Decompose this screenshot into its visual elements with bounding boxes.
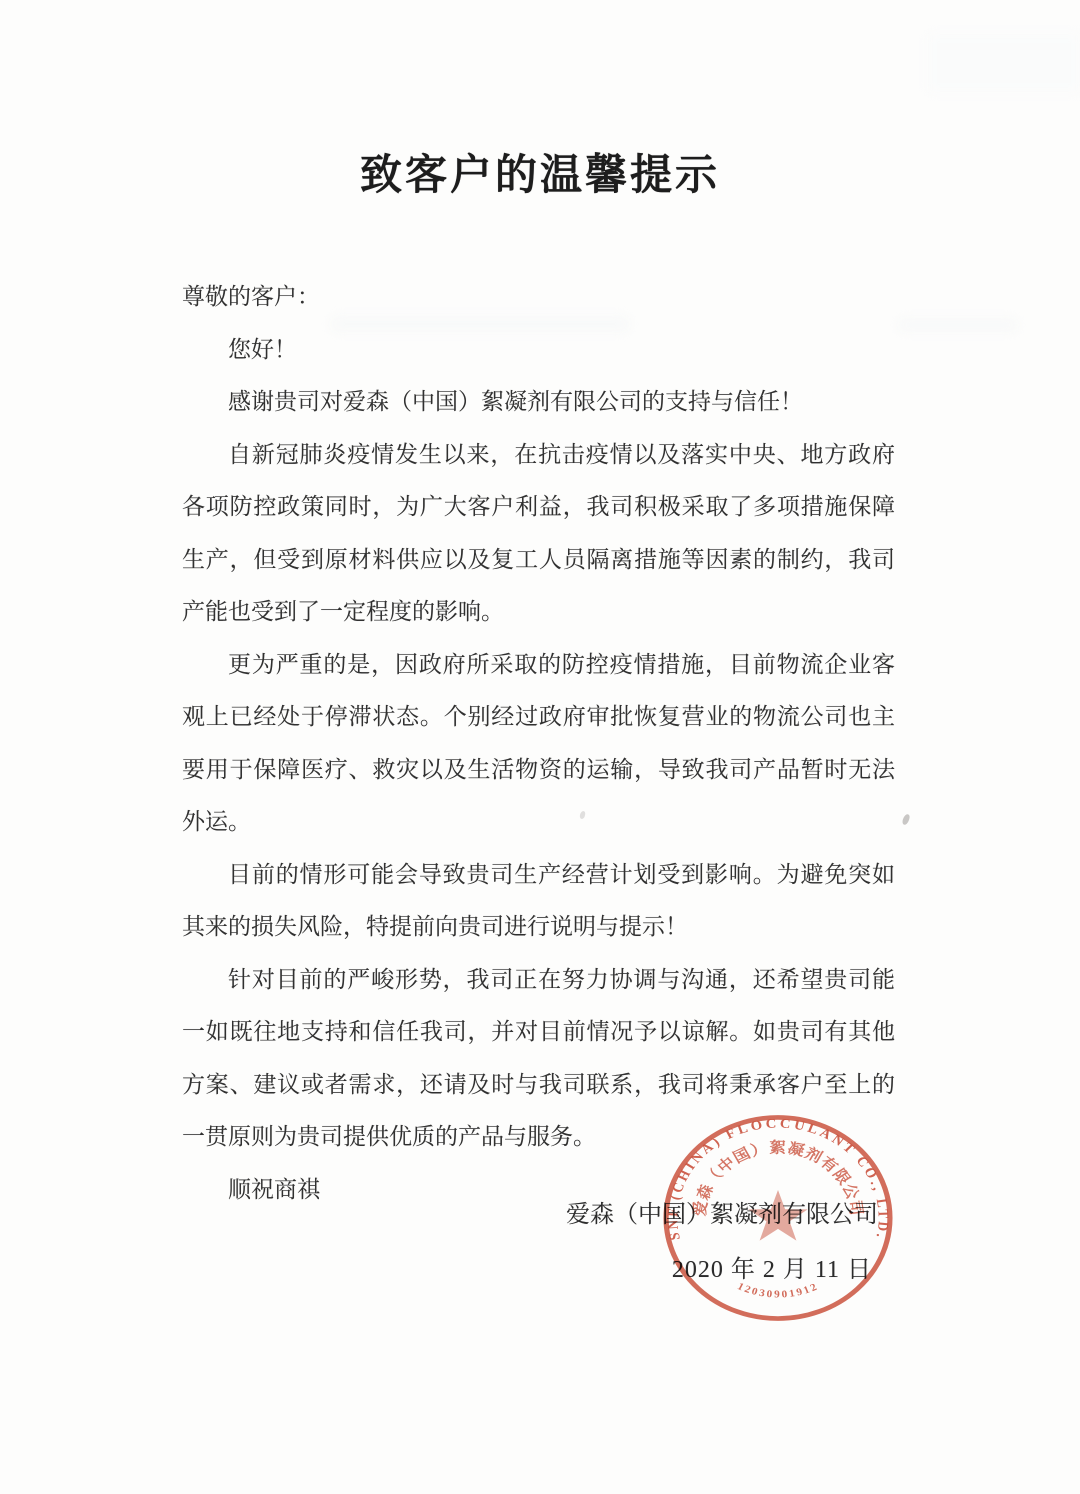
scan-speck	[901, 813, 910, 825]
seal-star-icon	[748, 1190, 807, 1241]
letter-line: 生产，但受到原材料供应以及复工人员隔离措施等因素的制约，我司	[182, 534, 895, 587]
letter-line: 针对目前的严峻形势，我司正在努力协调与沟通，还希望贵司能	[182, 954, 895, 1007]
svg-text:12030901912: 12030901912	[735, 1281, 821, 1301]
letter-page: 致客户的温馨提示 尊敬的客户： 您好！ 感谢贵司对爱森（中国）絮凝剂有限公司的支…	[0, 0, 1080, 1494]
company-seal: SNF (CHINA) FLOCCULANT CO., LTD. 爱森（中国）絮…	[660, 1112, 896, 1324]
letter-line: 其来的损失风险，特提前向贵司进行说明与提示！	[182, 901, 895, 954]
letter-line: 观上已经处于停滞状态。个别经过政府审批恢复营业的物流公司也主	[182, 691, 895, 744]
page-title: 致客户的温馨提示	[0, 142, 1080, 202]
letter-line: 感谢贵司对爱森（中国）絮凝剂有限公司的支持与信任！	[182, 376, 895, 429]
letter-line: 产能也受到了一定程度的影响。	[182, 586, 895, 639]
letter-line: 自新冠肺炎疫情发生以来，在抗击疫情以及落实中央、地方政府	[182, 429, 895, 482]
letter-line: 外运。	[182, 796, 895, 849]
letter-line: 各项防控政策同时，为广大客户利益，我司积极采取了多项措施保障	[182, 481, 895, 534]
scan-artifact	[898, 318, 1018, 332]
letter-line: 目前的情形可能会导致贵司生产经营计划受到影响。为避免突如	[182, 849, 895, 902]
letter-line: 一如既往地支持和信任我司，并对目前情况予以谅解。如贵司有其他	[182, 1006, 895, 1059]
letter-line: 要用于保障医疗、救灾以及生活物资的运输，导致我司产品暂时无法	[182, 744, 895, 797]
greeting-line: 您好！	[182, 324, 895, 377]
seal-serial-number: 12030901912	[735, 1281, 821, 1301]
letter-body: 尊敬的客户： 您好！ 感谢贵司对爱森（中国）絮凝剂有限公司的支持与信任！ 自新冠…	[182, 271, 895, 1216]
letter-line: 更为严重的是，因政府所采取的防控疫情措施，目前物流企业客	[182, 639, 895, 692]
salutation-line: 尊敬的客户：	[182, 271, 895, 324]
scan-artifact	[928, 34, 1080, 92]
letter-line: 方案、建议或者需求，还请及时与我司联系，我司将秉承客户至上的	[182, 1059, 895, 1112]
